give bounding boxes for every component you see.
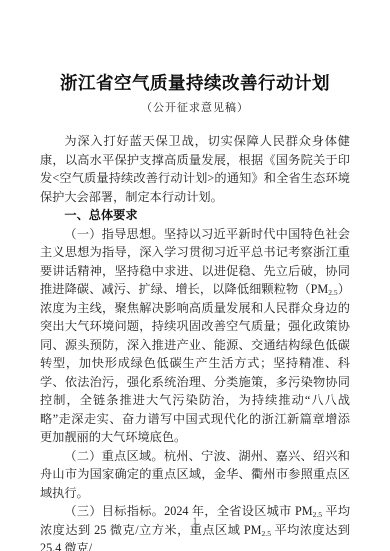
document-body: 为深入打好蓝天保卫战，切实保障人民群众身体健康，以高水平保护支撑高质量发展，根据… bbox=[40, 132, 350, 551]
document-page: 浙江省空气质量持续改善行动计划 （公开征求意见稿） 为深入打好蓝天保卫战，切实保… bbox=[0, 0, 390, 551]
paragraph: （二）重点区域。杭州、宁波、湖州、嘉兴、绍兴和舟山市为国家确定的重点区域，金华、… bbox=[40, 447, 350, 503]
page-number: 1 bbox=[0, 516, 390, 526]
paragraph: （一）指导思想。坚持以习近平新时代中国特色社会主义思想为指导，深入学习贯彻习近平… bbox=[40, 225, 350, 447]
paragraph: 为深入打好蓝天保卫战，切实保障人民群众身体健康，以高水平保护支撑高质量发展，根据… bbox=[40, 132, 350, 206]
section-heading: 一、总体要求 bbox=[40, 206, 350, 225]
paragraph: （三）目标指标。2024 年，全省设区城市 PM2.5 平均浓度达到 25 微克… bbox=[40, 502, 350, 551]
document-title: 浙江省空气质量持续改善行动计划 bbox=[0, 0, 390, 94]
document-subtitle: （公开征求意见稿） bbox=[0, 101, 390, 115]
